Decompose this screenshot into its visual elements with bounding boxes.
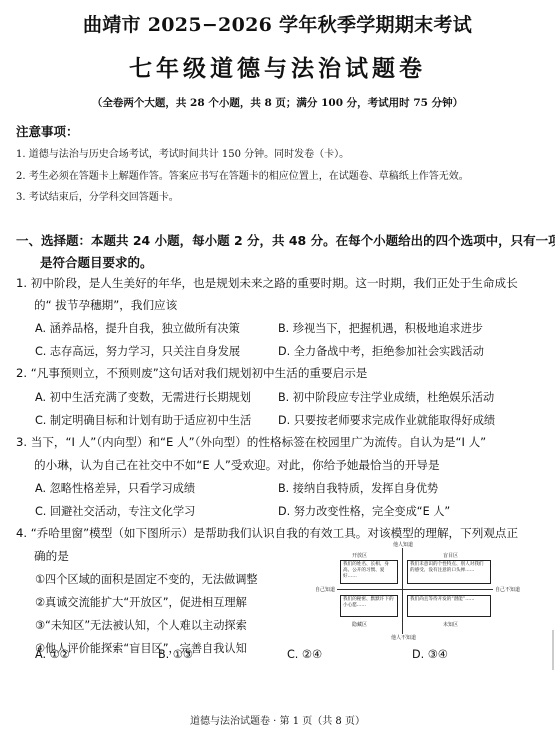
question-4-statement-2: ②真诚交流能扩大“开放区”，促进相互理解: [35, 594, 247, 610]
axis-label-left: 自己知道: [315, 586, 335, 593]
question-4-option-c: C. ②④: [287, 648, 322, 661]
question-4-statement-3: ③“未知区”无法被认知，个人难以主动探索: [35, 617, 247, 633]
question-1-option-b: B. 珍视当下，把握机遇，积极地追求进步: [278, 320, 483, 336]
notice-title: 注意事项：: [16, 122, 79, 140]
axis-label-bottom: 他人不知道: [391, 634, 416, 641]
notice-item: 3. 考试结束后，分学科交回答题卡。: [16, 188, 179, 203]
unknown-area-box: 我们尚且等待开发的“潜能”……: [407, 595, 491, 617]
question-4-option-b: B. ①③: [158, 648, 193, 661]
question-1-option-c: C. 志存高远，努力学习，只关注自身发展: [35, 343, 240, 359]
question-1-stem: 1. 初中阶段，是人生美好的年华，也是规划未来之路的重要时期。这一时期，我们正处…: [16, 275, 518, 291]
question-3-stem: 3. 当下，“I 人”（内向型）和“E 人”（外向型）的性格标签在校园里广为流传…: [16, 434, 486, 450]
question-4-stem-cont: 确的是: [34, 548, 69, 564]
page-footer: 道德与法治试题卷 · 第 1 页（共 8 页）: [0, 712, 555, 727]
question-3-option-a: A. 忽略性格差异，只看学习成绩: [35, 480, 195, 496]
question-2-option-a: A. 初中生活充满了变数，无需进行长期规划: [35, 389, 251, 405]
johari-window-diagram: 他人知道 他人不知道 自己知道 自己不知道 开放区 我们的姓名、长相、身高、公开…: [315, 540, 515, 640]
question-4-stem: 4. “乔哈里窗”模型（如下图所示）是帮助我们认识自我的有效工具。对该模型的理解…: [16, 525, 518, 541]
question-2-option-d: D. 只要按老师要求完成作业就能取得好成绩: [278, 412, 495, 428]
question-2-option-b: B. 初中阶段应专注学业成绩，杜绝娱乐活动: [278, 389, 494, 405]
question-3-stem-cont: 的小琳，认为自己在社交中不如“E 人”受欢迎。对此，你给予她最恰当的开导是: [34, 457, 440, 473]
axis-label-right: 自己不知道: [495, 586, 520, 593]
notice-item: 1. 道德与法治与历史合场考试，考试时间共计 150 分钟。同时发卷（卡）。: [16, 145, 349, 160]
question-4-option-a: A. ①②: [35, 648, 70, 661]
question-1-stem-cont: 的“ 拔节孕穗期”，我们应该: [34, 297, 177, 313]
open-area-label: 开放区: [352, 552, 367, 559]
horizontal-axis: [337, 589, 493, 590]
exam-title-line1: 曲靖市 2025−2026 学年秋季学期期末考试: [0, 10, 555, 37]
blind-area-label: 盲目区: [443, 552, 458, 559]
question-4-statement-1: ①四个区域的面积是固定不变的，无法做调整: [35, 571, 258, 587]
section-heading-cont: 是符合题目要求的。: [40, 253, 153, 271]
question-1-option-d: D. 全力备战中考，拒绝参加社会实践活动: [278, 343, 484, 359]
question-3-option-c: C. 回避社交活动，专注文化学习: [35, 503, 195, 519]
notice-item: 2. 考生必须在答题卡上解题作答。答案应书写在答题卡的相应位置上，在试题卷、草稿…: [16, 167, 469, 182]
open-area-box: 我们的姓名、长相、身高、公开的习惯、爱好……: [340, 560, 398, 584]
question-2-option-c: C. 制定明确目标和计划有助于适应初中生活: [35, 412, 251, 428]
axis-label-top: 他人知道: [393, 541, 413, 548]
hidden-area-box: 我们的秘密、默默许下的小心愿……: [340, 595, 398, 617]
hidden-area-label: 隐藏区: [352, 621, 367, 628]
exam-subtitle: （全卷两个大题，共 28 个小题，共 8 页；满分 100 分，考试用时 75 …: [0, 95, 555, 110]
question-3-option-d: D. 努力改变性格，完全变成“E 人”: [278, 503, 450, 519]
vertical-axis: [402, 548, 403, 634]
unknown-area-label: 未知区: [443, 621, 458, 628]
question-3-option-b: B. 接纳自我特质，发挥自身优势: [278, 480, 438, 496]
exam-title-line2: 七年级道德与法治试题卷: [0, 50, 555, 83]
blind-area-box: 我们未意识的个性特点、别人对我们的感受、没有注意的口头禅……: [407, 560, 491, 584]
question-4-option-d: D. ③④: [412, 648, 448, 661]
question-2-stem: 2. “凡事预则立，不预则废”这句话对我们规划初中生活的重要启示是: [16, 365, 367, 381]
page-edge-shadow: [552, 630, 554, 670]
question-1-option-a: A. 涵养品格，提升自我，独立做所有决策: [35, 320, 240, 336]
section-heading: 一、选择题：本题共 24 小题，每小题 2 分，共 48 分。在每个小题给出的四…: [16, 231, 555, 249]
